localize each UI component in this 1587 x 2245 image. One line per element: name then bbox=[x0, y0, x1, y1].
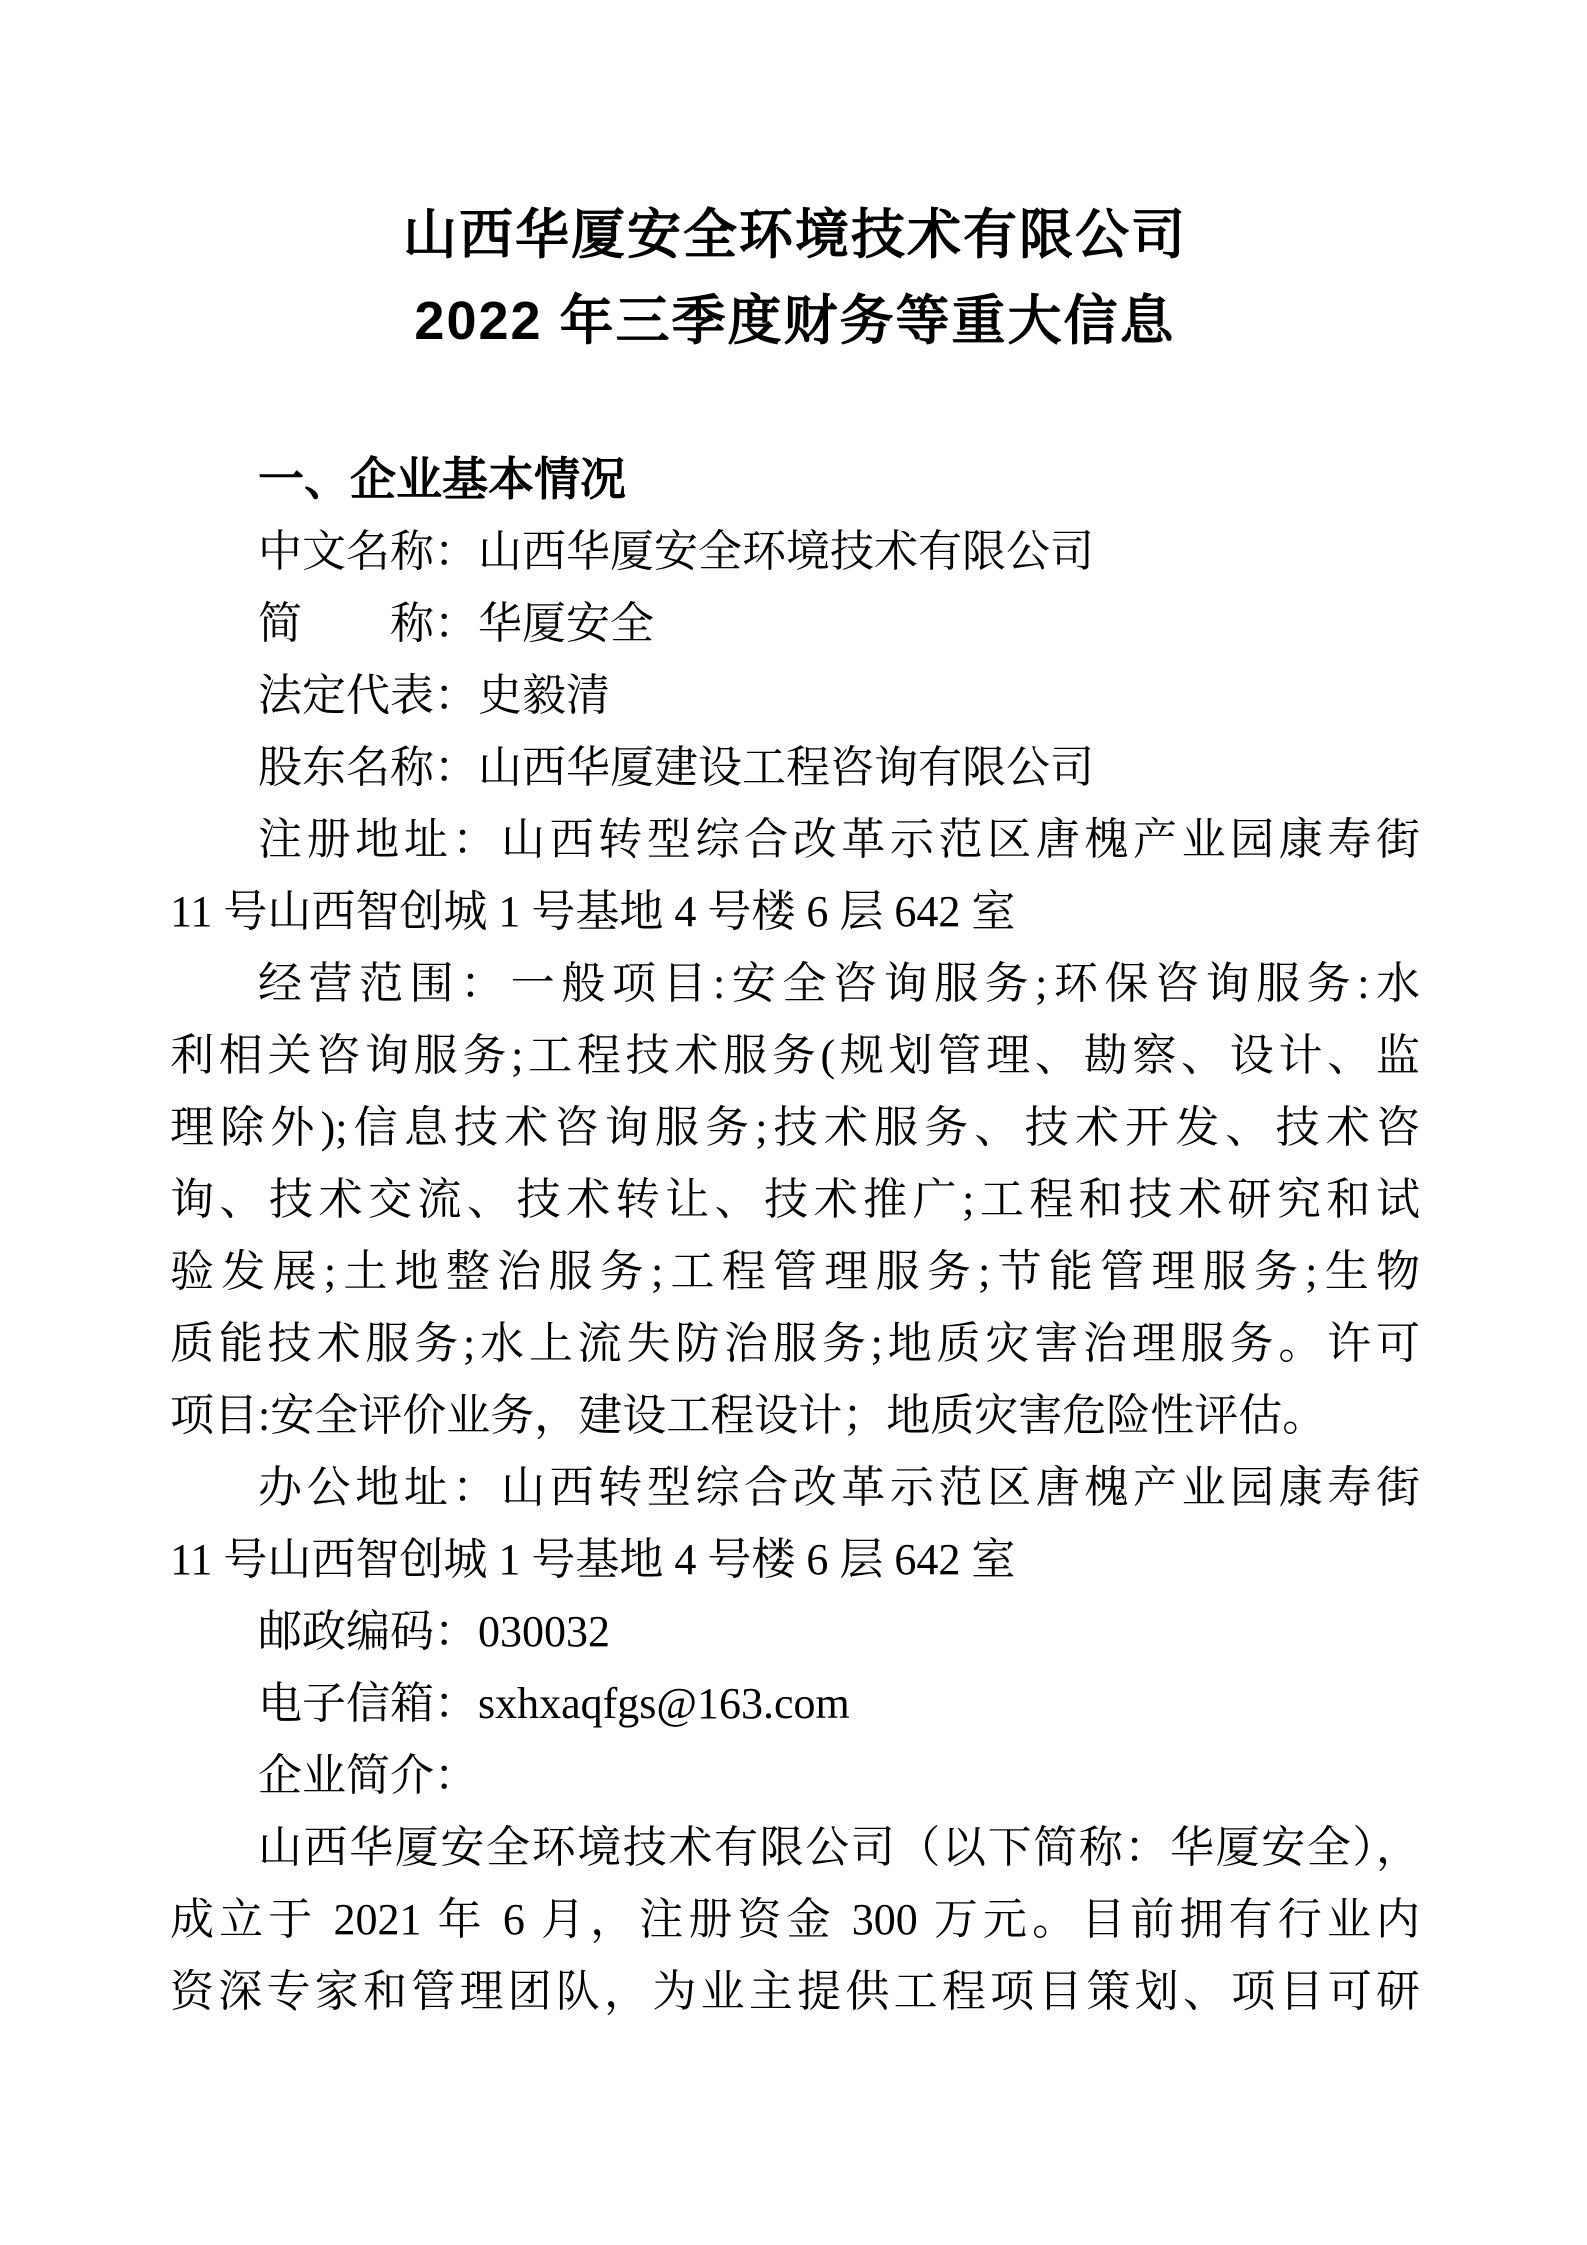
field-email: 电子信箱：sxhxaqfgs@163.com bbox=[170, 1668, 1420, 1740]
field-legal-representative: 法定代表：史毅清 bbox=[170, 660, 1420, 732]
field-office-address-line-1: 办公地址：山西转型综合改革示范区唐槐产业园康寿街 bbox=[170, 1452, 1420, 1524]
document-body: 中文名称：山西华厦安全环境技术有限公司 简 称：华厦安全 法定代表：史毅清 股东… bbox=[170, 516, 1420, 2028]
field-business-scope-line-2: 利相关咨询服务;工程技术服务(规划管理、勘察、设计、监 bbox=[170, 1020, 1420, 1092]
document-page: 山西华厦安全环境技术有限公司 2022 年三季度财务等重大信息 一、企业基本情况… bbox=[0, 0, 1587, 2245]
field-business-scope-line-3: 理除外);信息技术咨询服务;技术服务、技术开发、技术咨 bbox=[170, 1092, 1420, 1164]
field-registered-address-line-1: 注册地址：山西转型综合改革示范区唐槐产业园康寿街 bbox=[170, 804, 1420, 876]
field-business-scope-line-4: 询、技术交流、技术转让、技术推广;工程和技术研究和试 bbox=[170, 1164, 1420, 1236]
field-postal-code: 邮政编码：030032 bbox=[170, 1596, 1420, 1668]
company-profile-line-3: 资深专家和管理团队，为业主提供工程项目策划、项目可研 bbox=[170, 1956, 1420, 2028]
field-business-scope-line-7: 项目:安全评价业务，建设工程设计；地质灾害危险性评估。 bbox=[170, 1380, 1420, 1452]
field-registered-address-line-2: 11 号山西智创城 1 号基地 4 号楼 6 层 642 室 bbox=[170, 876, 1420, 948]
field-business-scope-line-5: 验发展;土地整治服务;工程管理服务;节能管理服务;生物 bbox=[170, 1236, 1420, 1308]
title-body-gap bbox=[170, 364, 1420, 442]
field-business-scope-line-1: 经营范围：一般项目:安全咨询服务;环保咨询服务:水 bbox=[170, 948, 1420, 1020]
document-title-line-2: 2022 年三季度财务等重大信息 bbox=[170, 278, 1420, 364]
field-shareholder-name: 股东名称：山西华厦建设工程咨询有限公司 bbox=[170, 732, 1420, 804]
company-profile-line-2: 成立于 2021 年 6 月，注册资金 300 万元。目前拥有行业内 bbox=[170, 1884, 1420, 1956]
field-short-name: 简 称：华厦安全 bbox=[170, 588, 1420, 660]
field-business-scope-line-6: 质能技术服务;水上流失防治服务;地质灾害治理服务。许可 bbox=[170, 1308, 1420, 1380]
field-chinese-name: 中文名称：山西华厦安全环境技术有限公司 bbox=[170, 516, 1420, 588]
field-company-profile-label: 企业简介： bbox=[170, 1740, 1420, 1812]
section-heading: 一、企业基本情况 bbox=[170, 442, 1420, 516]
document-title-line-1: 山西华厦安全环境技术有限公司 bbox=[170, 192, 1420, 278]
field-office-address-line-2: 11 号山西智创城 1 号基地 4 号楼 6 层 642 室 bbox=[170, 1524, 1420, 1596]
company-profile-line-1: 山西华厦安全环境技术有限公司（以下简称：华厦安全）， bbox=[170, 1812, 1420, 1884]
